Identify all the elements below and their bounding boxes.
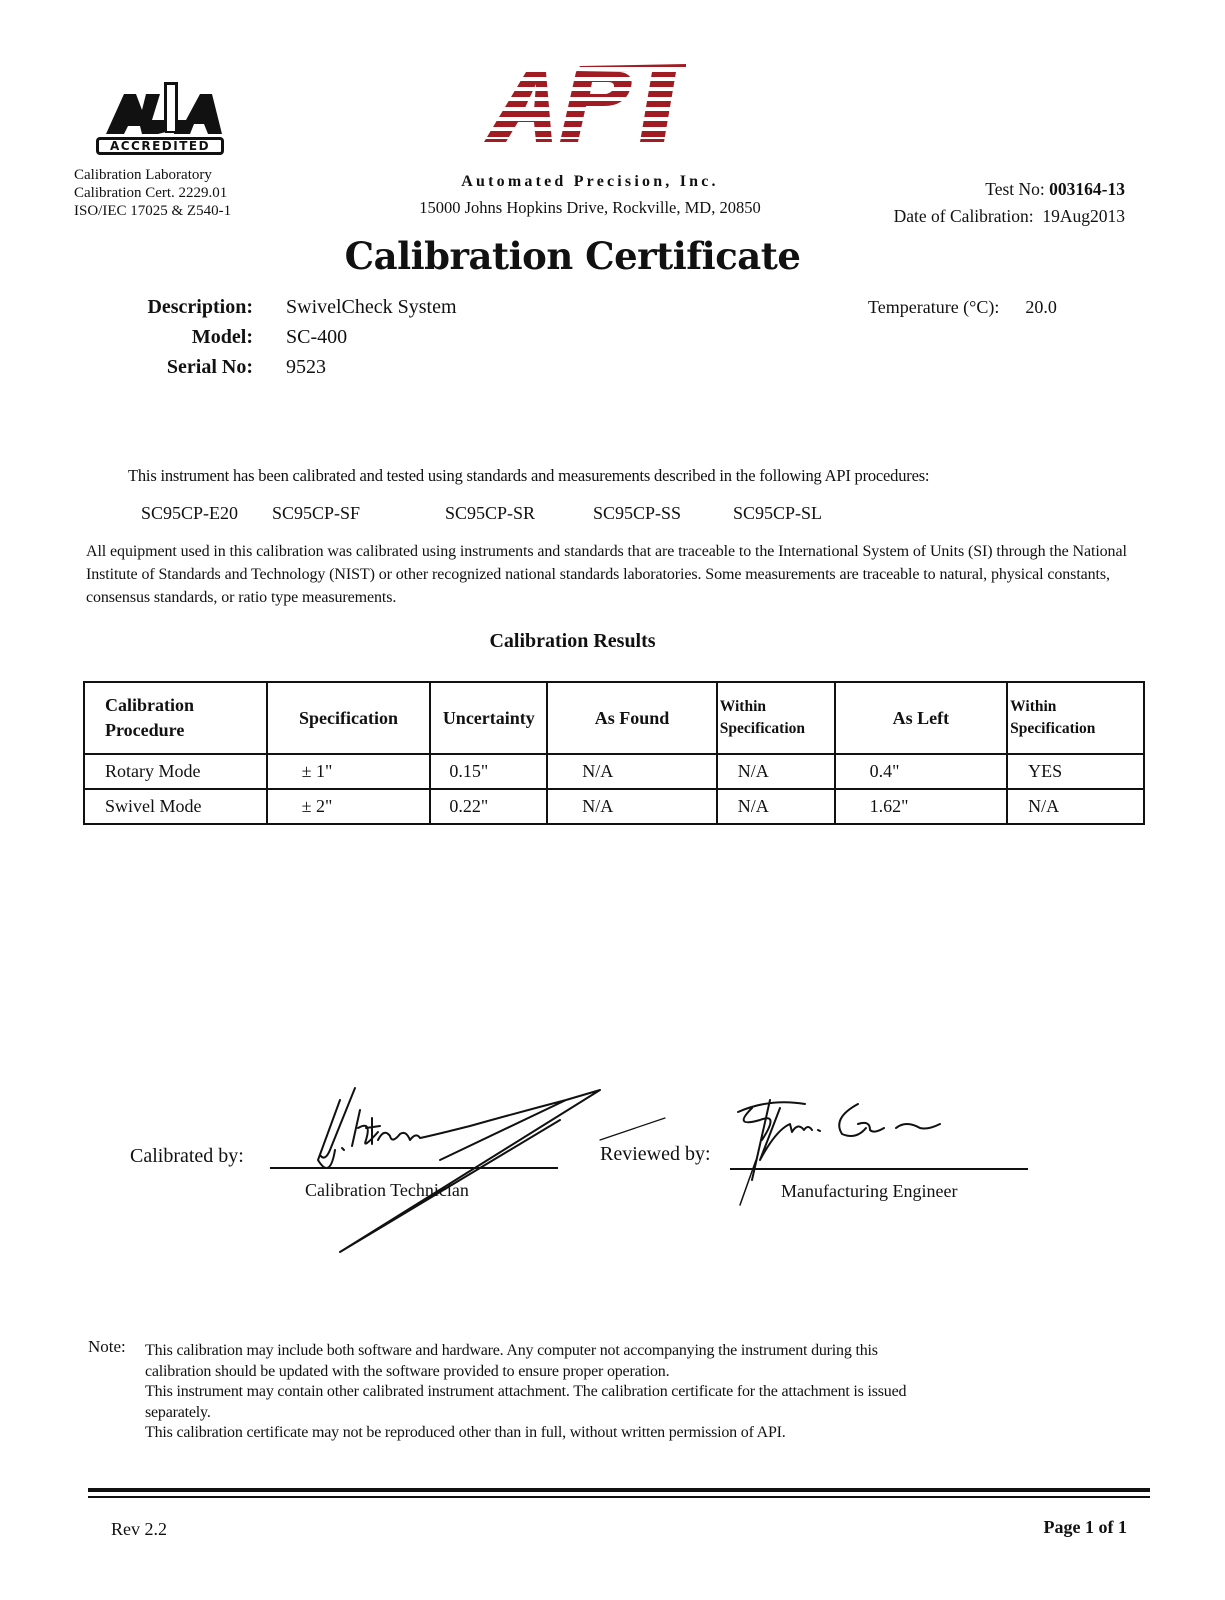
test-no-value: 003164-13 (1049, 179, 1125, 199)
company-address: 15000 Johns Hopkins Drive, Rockville, MD… (380, 198, 800, 218)
footer-rule-thick (88, 1488, 1150, 1492)
cell-within-spec-found: N/A (717, 754, 835, 789)
handwritten-signatures-icon (0, 1070, 1225, 1270)
procedure-code: SC95CP-SL (733, 503, 822, 524)
company-block: Automated Precision, Inc. 15000 Johns Ho… (380, 173, 800, 218)
description-value: SwivelCheck System (286, 292, 457, 322)
table-row: Swivel Mode ± 2" 0.22" N/A N/A 1.62" N/A (84, 789, 1144, 824)
results-title: Calibration Results (0, 630, 1145, 653)
cell-specification: ± 2" (267, 789, 431, 824)
lab-line: Calibration Laboratory (74, 166, 231, 184)
cell-uncertainty: 0.15" (430, 754, 547, 789)
col-header: Uncertainty (430, 682, 547, 754)
procedures-intro: This instrument has been calibrated and … (128, 466, 929, 486)
temperature-value: 20.0 (1025, 297, 1057, 317)
cell-procedure: Rotary Mode (84, 754, 267, 789)
page-number: Page 1 of 1 (1044, 1517, 1127, 1538)
col-header: Specification (267, 682, 431, 754)
temperature-label: Temperature (°C): (868, 297, 999, 317)
cell-within-spec-left: YES (1007, 754, 1144, 789)
table-row: Rotary Mode ± 1" 0.15" N/A N/A 0.4" YES (84, 754, 1144, 789)
accredited-badge: ACCREDITED (96, 137, 224, 155)
cell-within-spec-left: N/A (1007, 789, 1144, 824)
serial-value: 9523 (286, 352, 326, 382)
date-value: 19Aug2013 (1042, 206, 1125, 226)
api-logo-icon (480, 62, 690, 144)
cell-as-left: 0.4" (835, 754, 1008, 789)
model-value: SC-400 (286, 322, 347, 352)
description-label: Description: (100, 292, 253, 322)
procedure-code: SC95CP-SR (445, 503, 535, 524)
col-header: Within Specification (1007, 682, 1144, 754)
note-body: This calibration may include both softwa… (145, 1341, 1065, 1444)
cell-as-found: N/A (547, 789, 717, 824)
procedure-code: SC95CP-SF (272, 503, 360, 524)
revision-label: Rev 2.2 (111, 1519, 167, 1540)
footer-rule-thin (88, 1496, 1150, 1498)
table-header-row: Calibration Procedure Specification Unce… (84, 682, 1144, 754)
note-line: This calibration certificate may not be … (145, 1423, 1065, 1444)
a2la-logo-icon (102, 80, 224, 136)
date-label: Date of Calibration: (894, 206, 1034, 226)
cell-uncertainty: 0.22" (430, 789, 547, 824)
cell-within-spec-found: N/A (717, 789, 835, 824)
note-label: Note: (88, 1337, 126, 1357)
model-label: Model: (100, 322, 253, 352)
test-no-label: Test No: (985, 179, 1045, 199)
note-line: This calibration may include both softwa… (145, 1341, 1065, 1362)
col-header: Within Specification (717, 682, 835, 754)
temperature: Temperature (°C):20.0 (868, 297, 1057, 318)
test-info: Test No: 003164-13 Date of Calibration: … (894, 176, 1125, 230)
company-name: Automated Precision, Inc. (380, 173, 800, 191)
lab-line: Calibration Cert. 2229.01 (74, 184, 231, 202)
cell-procedure: Swivel Mode (84, 789, 267, 824)
procedure-code: SC95CP-SS (593, 503, 681, 524)
note-line: This instrument may contain other calibr… (145, 1382, 1065, 1403)
serial-label: Serial No: (100, 352, 253, 382)
note-line: separately. (145, 1403, 1065, 1424)
a2la-accredited-logo: ACCREDITED (96, 80, 231, 160)
traceability-statement: All equipment used in this calibration w… (86, 540, 1146, 609)
note-line: calibration should be updated with the s… (145, 1362, 1065, 1383)
col-header: As Left (835, 682, 1008, 754)
lab-line: ISO/IEC 17025 & Z540-1 (74, 202, 231, 220)
col-header: As Found (547, 682, 717, 754)
cell-as-left: 1.62" (835, 789, 1008, 824)
instrument-details: Description:SwivelCheck System Model:SC-… (100, 292, 457, 382)
results-table: Calibration Procedure Specification Unce… (83, 681, 1145, 825)
procedure-code: SC95CP-E20 (141, 503, 238, 524)
cell-specification: ± 1" (267, 754, 431, 789)
page-title: Calibration Certificate (0, 234, 1145, 278)
col-header: Calibration Procedure (84, 682, 267, 754)
cell-as-found: N/A (547, 754, 717, 789)
lab-accreditation-info: Calibration Laboratory Calibration Cert.… (74, 166, 231, 220)
